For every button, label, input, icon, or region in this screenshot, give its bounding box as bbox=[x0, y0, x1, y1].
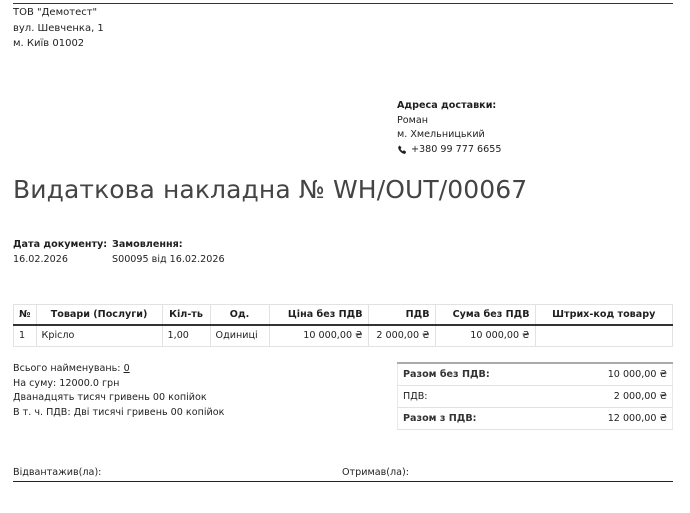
col-unit: Од. bbox=[210, 305, 269, 325]
cell-price: 10 000,00 ₴ bbox=[269, 325, 368, 347]
cell-quantity: 1,00 bbox=[162, 325, 210, 347]
date-value: 16.02.2026 bbox=[13, 253, 107, 268]
company-address: ТОВ "Демотест" вул. Шевченка, 1 м. Київ … bbox=[13, 5, 104, 52]
date-label: Дата документу: bbox=[13, 238, 107, 253]
order-value: S00095 від 16.02.2026 bbox=[112, 253, 225, 268]
total-value: 2 000,00 ₴ bbox=[558, 385, 673, 407]
total-row-untaxed: Разом без ПДВ: 10 000,00 ₴ bbox=[398, 363, 673, 385]
received-by-label: Отримав(ла): bbox=[342, 467, 409, 478]
phone-icon bbox=[397, 145, 407, 155]
cell-number: 1 bbox=[14, 325, 37, 347]
cell-vat: 2 000,00 ₴ bbox=[368, 325, 435, 347]
company-city: м. Київ 01002 bbox=[13, 36, 104, 52]
header-rule bbox=[13, 3, 673, 4]
cell-unit: Одиниці bbox=[210, 325, 269, 347]
order-info: Замовлення: S00095 від 16.02.2026 bbox=[112, 238, 225, 267]
order-label: Замовлення: bbox=[112, 238, 225, 253]
total-label: Разом без ПДВ: bbox=[398, 363, 558, 385]
company-street: вул. Шевченка, 1 bbox=[13, 21, 104, 37]
cell-subtotal: 10 000,00 ₴ bbox=[435, 325, 535, 347]
col-price: Ціна без ПДВ bbox=[269, 305, 368, 325]
sum-line: На суму: 12000.0 грн bbox=[13, 377, 224, 392]
table-header-row: № Товари (Послуги) Кіл-ть Од. Ціна без П… bbox=[14, 305, 673, 325]
vat-in-words: В т. ч. ПДВ: Дві тисячі гривень 00 копій… bbox=[13, 406, 224, 421]
delivery-city: м. Хмельницький bbox=[397, 128, 501, 143]
amount-summary: Всього найменувань: 0 На суму: 12000.0 г… bbox=[13, 362, 224, 420]
total-row-vat: ПДВ: 2 000,00 ₴ bbox=[398, 385, 673, 407]
delivery-name: Роман bbox=[397, 114, 501, 129]
cell-product: Крісло bbox=[36, 325, 162, 347]
delivery-label: Адреса доставки: bbox=[397, 99, 501, 114]
totals-table: Разом без ПДВ: 10 000,00 ₴ ПДВ: 2 000,00… bbox=[397, 362, 673, 430]
document-date: Дата документу: 16.02.2026 bbox=[13, 238, 107, 267]
items-count: Всього найменувань: 0 bbox=[13, 362, 224, 377]
line-items-table: № Товари (Послуги) Кіл-ть Од. Ціна без П… bbox=[13, 304, 673, 347]
shipped-by-label: Відвантажив(ла): bbox=[13, 467, 101, 478]
total-label: ПДВ: bbox=[398, 385, 558, 407]
total-row-with-vat: Разом з ПДВ: 12 000,00 ₴ bbox=[398, 407, 673, 429]
col-product: Товари (Послуги) bbox=[36, 305, 162, 325]
col-subtotal: Сума без ПДВ bbox=[435, 305, 535, 325]
col-barcode: Штрих-код товару bbox=[535, 305, 672, 325]
table-row: 1 Крісло 1,00 Одиниці 10 000,00 ₴ 2 000,… bbox=[14, 325, 673, 347]
delivery-address: Адреса доставки: Роман м. Хмельницький +… bbox=[397, 99, 501, 157]
cell-barcode bbox=[535, 325, 672, 347]
delivery-phone: +380 99 777 6655 bbox=[411, 143, 501, 158]
delivery-phone-row: +380 99 777 6655 bbox=[397, 143, 501, 158]
total-label: Разом з ПДВ: bbox=[398, 407, 558, 429]
col-number: № bbox=[14, 305, 37, 325]
page-title: Видаткова накладна № WH/OUT/00067 bbox=[13, 175, 527, 204]
total-value: 12 000,00 ₴ bbox=[558, 407, 673, 429]
signature-line: Відвантажив(ла): Отримав(ла): bbox=[13, 467, 673, 482]
sum-in-words: Дванадцять тисяч гривень 00 копійок bbox=[13, 391, 224, 406]
col-quantity: Кіл-ть bbox=[162, 305, 210, 325]
col-vat: ПДВ bbox=[368, 305, 435, 325]
items-count-value: 0 bbox=[124, 363, 130, 374]
company-name: ТОВ "Демотест" bbox=[13, 5, 104, 21]
items-count-label: Всього найменувань: bbox=[13, 363, 124, 374]
total-value: 10 000,00 ₴ bbox=[558, 363, 673, 385]
